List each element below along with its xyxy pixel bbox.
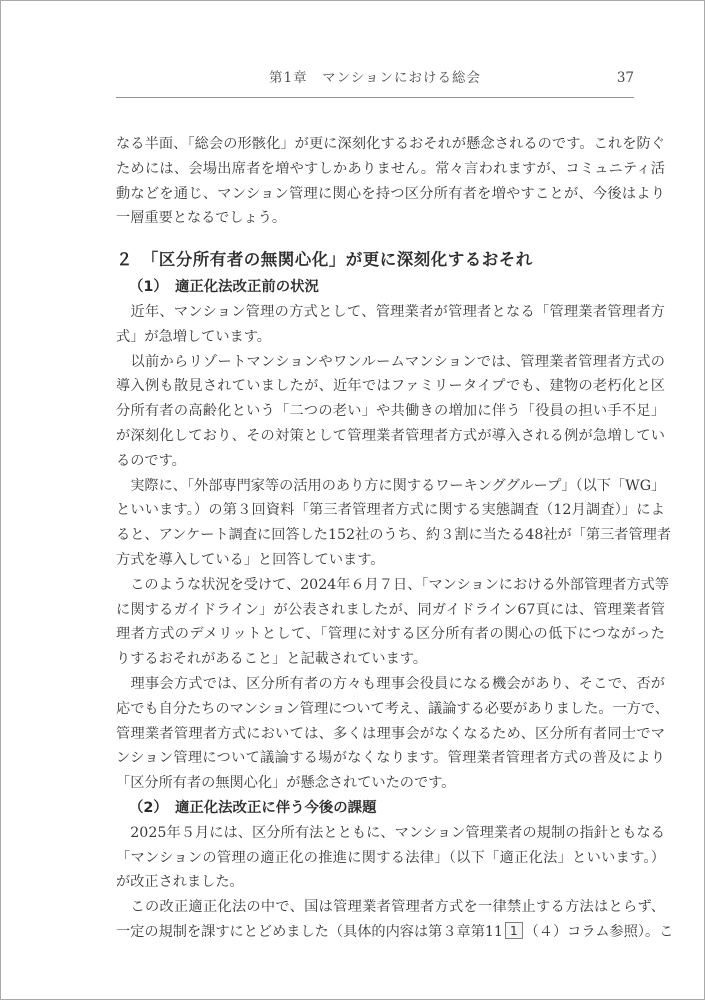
text-line: 「区分所有者の無関心化」が懸念されていたのです。 (116, 771, 665, 796)
text-line: ンション管理について議論する場がなくなります。管理業者管理者方式の普及により (116, 746, 665, 771)
text-line: 2025年５月には、区分所有法とともに、マンション管理業者の規制の指針ともなる (116, 821, 665, 846)
text-line: このような状況を受けて、2024年６月７日、「マンションにおける外部管理者方式等 (116, 573, 665, 598)
subheading: （1） 適正化法改正前の状況 (116, 275, 665, 300)
text-line: 導入例も散見されていましたが、近年ではファミリータイプでも、建物の老朽化と区 (116, 374, 665, 399)
text-line: ためには、会場出席者を増やすしかありません。常々言われますが、コミュニティ活 (116, 157, 665, 182)
paragraph: 2025年５月には、区分所有法とともに、マンション管理業者の規制の指針ともなる「… (116, 821, 665, 895)
paragraph: この改正適正化法の中で、国は管理業者管理者方式を一律禁止する方法はとらず、一定の… (116, 895, 665, 945)
text-line: るのです。 (116, 449, 665, 474)
text-line: が深刻化しており、その対策として管理業者管理者方式が導入される例が急増してい (116, 424, 665, 449)
paragraph: 以前からリゾートマンションやワンルームマンションでは、管理業者管理者方式の導入例… (116, 350, 665, 474)
paragraph: なる半面、「総会の形骸化」が更に深刻化するおそれが懸念されるのです。これを防ぐた… (116, 132, 665, 231)
text-line: りするおそれがあること」と記載されています。 (116, 647, 665, 672)
page-number: 37 (617, 69, 634, 87)
running-head: 第1章 マンションにおける総会 (269, 70, 481, 86)
heading: ２ 「区分所有者の無関心化」が更に深刻化するおそれ (116, 247, 665, 273)
text-line: 理者方式のデメリットとして、「管理に対する区分所有者の関心の低下につながった (116, 622, 665, 647)
book-page: 第1章 マンションにおける総会 37 なる半面、「総会の形骸化」が更に深刻化する… (0, 0, 705, 1000)
text-line: に関するガイドライン」が公表されましたが、同ガイドライン67頁には、管理業者管 (116, 598, 665, 623)
text-line: 理事会方式では、区分所有者の方々も理事会役員になる機会があり、そこで、否が (116, 672, 665, 697)
page-body: なる半面、「総会の形骸化」が更に深刻化するおそれが懸念されるのです。これを防ぐた… (116, 132, 665, 945)
paragraph: 実際に、「外部専門家等の活用のあり方に関するワーキンググループ」（以下「WG」と… (116, 474, 665, 573)
text-line: ると、アンケート調査に回答した152社のうち、約３割に当たる48社が「第三者管理… (116, 523, 665, 548)
page-header: 第1章 マンションにおける総会 37 (116, 69, 634, 98)
text-line: 「マンションの管理の適正化の推進に関する法律」（以下「適正化法」といいます。） (116, 846, 665, 871)
boxed-ref: 1 (505, 922, 523, 939)
paragraph: 近年、マンション管理の方式として、管理業者が管理者となる「管理業者管理者方式」が… (116, 300, 665, 350)
text-line: 実際に、「外部専門家等の活用のあり方に関するワーキンググループ」（以下「WG」 (116, 474, 665, 499)
text-line: 動などを通じ、マンション管理に関心を持つ区分所有者を増やすことが、今後はより (116, 182, 665, 207)
text-line: この改正適正化法の中で、国は管理業者管理者方式を一律禁止する方法はとらず、 (116, 895, 665, 920)
text-line: なる半面、「総会の形骸化」が更に深刻化するおそれが懸念されるのです。これを防ぐ (116, 132, 665, 157)
text-line: が改正されました。 (116, 870, 665, 895)
subheading: （2） 適正化法改正に伴う今後の課題 (116, 796, 665, 821)
text-line: 分所有者の高齢化という「二つの老い」や共働きの増加に伴う「役員の担い手不足」 (116, 399, 665, 424)
paragraph: 理事会方式では、区分所有者の方々も理事会役員になる機会があり、そこで、否が応でも… (116, 672, 665, 796)
text-line: 一定の規制を課すにとどめました（具体的内容は第３章第111（４）コラム参照）。こ (116, 920, 665, 945)
text-line: といいます。）の第３回資料「第三者管理者方式に関する実態調査（12月調査）」によ (116, 498, 665, 523)
text-line: 式」が急増しています。 (116, 325, 665, 350)
text-line: 近年、マンション管理の方式として、管理業者が管理者となる「管理業者管理者方 (116, 300, 665, 325)
text-line: 以前からリゾートマンションやワンルームマンションでは、管理業者管理者方式の (116, 350, 665, 375)
text-line: 応でも自分たちのマンション管理について考え、議論する必要がありました。一方で、 (116, 697, 665, 722)
text-line: 一層重要となるでしょう。 (116, 206, 665, 231)
text-line: 管理業者管理者方式においては、多くは理事会がなくなるため、区分所有者同士でマ (116, 722, 665, 747)
paragraph: このような状況を受けて、2024年６月７日、「マンションにおける外部管理者方式等… (116, 573, 665, 672)
text-line: 方式を導入している」と回答しています。 (116, 548, 665, 573)
